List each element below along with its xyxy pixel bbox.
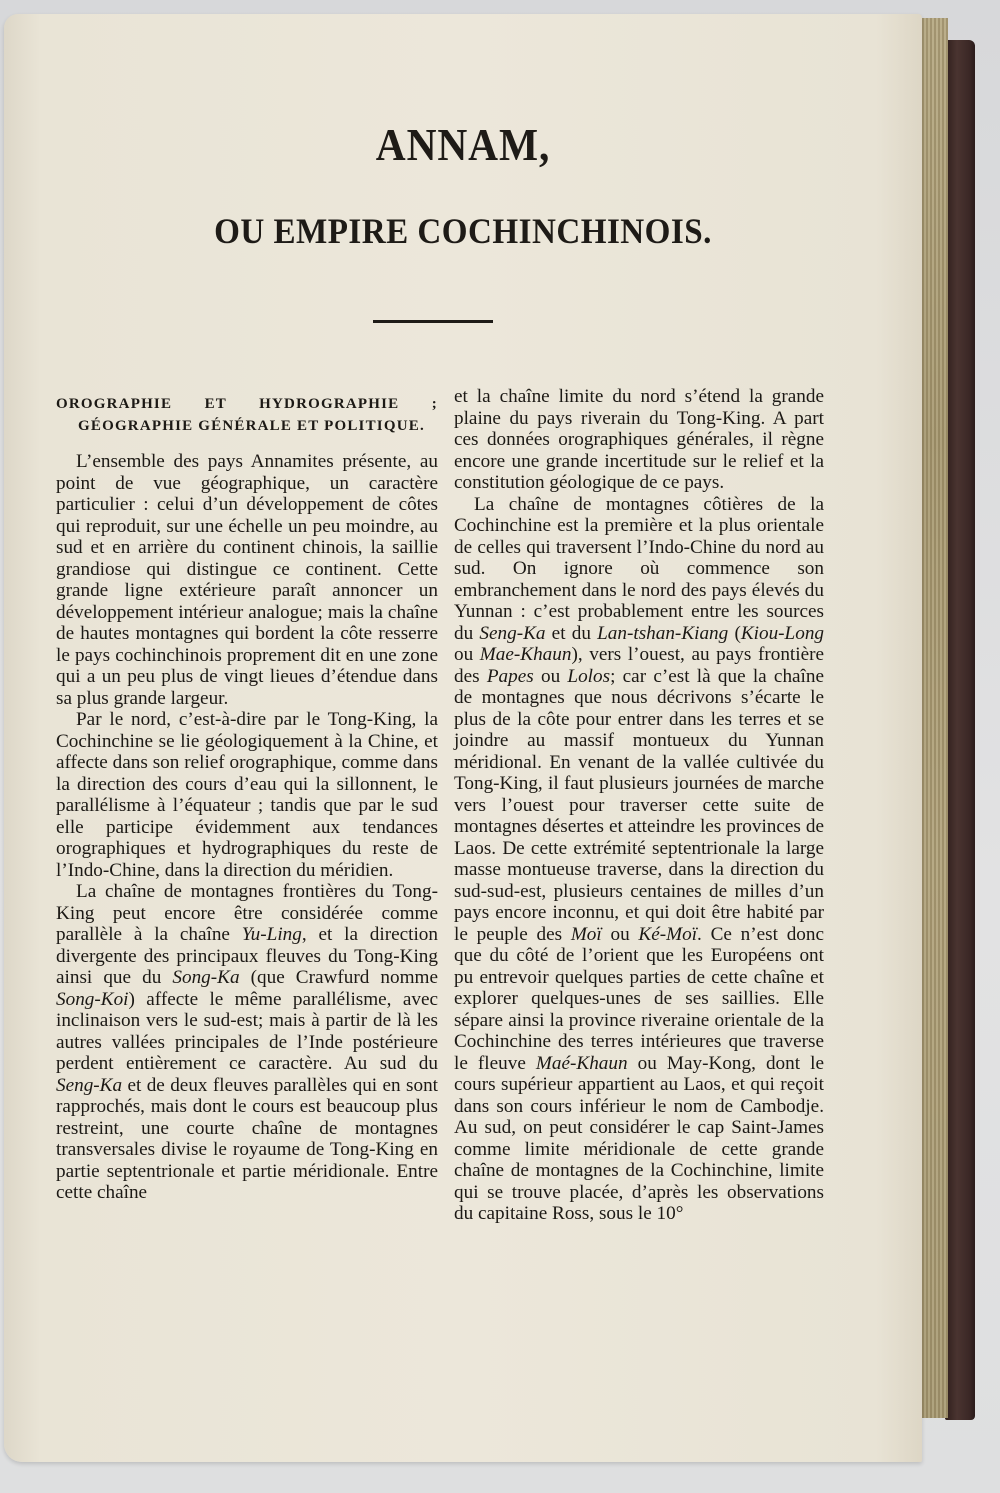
book-cover-spine [945, 40, 975, 1420]
page-edges [918, 18, 948, 1418]
book-page: ANNAM, OU EMPIRE COCHINCHINOIS. OROGRAPH… [4, 14, 922, 1462]
text: ou [454, 644, 480, 665]
paragraph: L’ensemble des pays Annamites présente, … [56, 451, 438, 709]
text: La chaîne de montagnes côtières de la Co… [454, 494, 824, 644]
text: ; car c’est là que la chaîne de montagne… [454, 666, 824, 945]
italic-term: Song-Ka [172, 967, 239, 988]
italic-term: Ké-Moï [638, 924, 697, 945]
italic-term: Lan-tshan-Kiang [597, 623, 728, 644]
paragraph: et la chaîne limite du nord s’étend la g… [454, 386, 824, 494]
italic-term: Moï [571, 924, 602, 945]
page-subtitle: OU EMPIRE COCHINCHINOIS. [41, 210, 886, 252]
italic-term: Kiou-Long [741, 623, 824, 644]
text: ou [602, 924, 639, 945]
text: (que Crawfurd nomme [240, 967, 438, 988]
left-column: OROGRAPHIE ET HYDROGRAPHIE ; GÉOGRAPHIE … [56, 386, 438, 1204]
italic-term: Song-Koi [56, 989, 129, 1010]
italic-term: Papes [487, 666, 534, 687]
text: . Ce n’est donc que du côté de l’orient … [454, 924, 824, 1074]
italic-term: Yu-Ling [242, 924, 302, 945]
italic-term: Lolos [567, 666, 610, 687]
right-column: et la chaîne limite du nord s’étend la g… [454, 386, 824, 1225]
paragraph: Par le nord, c’est-à-dire par le Tong-Ki… [56, 709, 438, 881]
italic-term: Seng-Ka [479, 623, 545, 644]
section-heading: OROGRAPHIE ET HYDROGRAPHIE ; GÉOGRAPHIE … [56, 394, 438, 437]
text: ( [728, 623, 741, 644]
text: et du [545, 623, 597, 644]
text: ou [534, 666, 568, 687]
paragraph: La chaîne de montagnes côtières de la Co… [454, 494, 824, 1225]
italic-term: Maé-Khaun [536, 1053, 628, 1074]
title-divider [373, 320, 493, 323]
paragraph: La chaîne de montagnes frontières du Ton… [56, 881, 438, 1204]
text: ou May-Kong, dont le cours supérieur app… [454, 1053, 824, 1225]
italic-term: Seng-Ka [56, 1075, 122, 1096]
italic-term: Mae-Khaun [480, 644, 572, 665]
page-title: ANNAM, [50, 118, 876, 171]
